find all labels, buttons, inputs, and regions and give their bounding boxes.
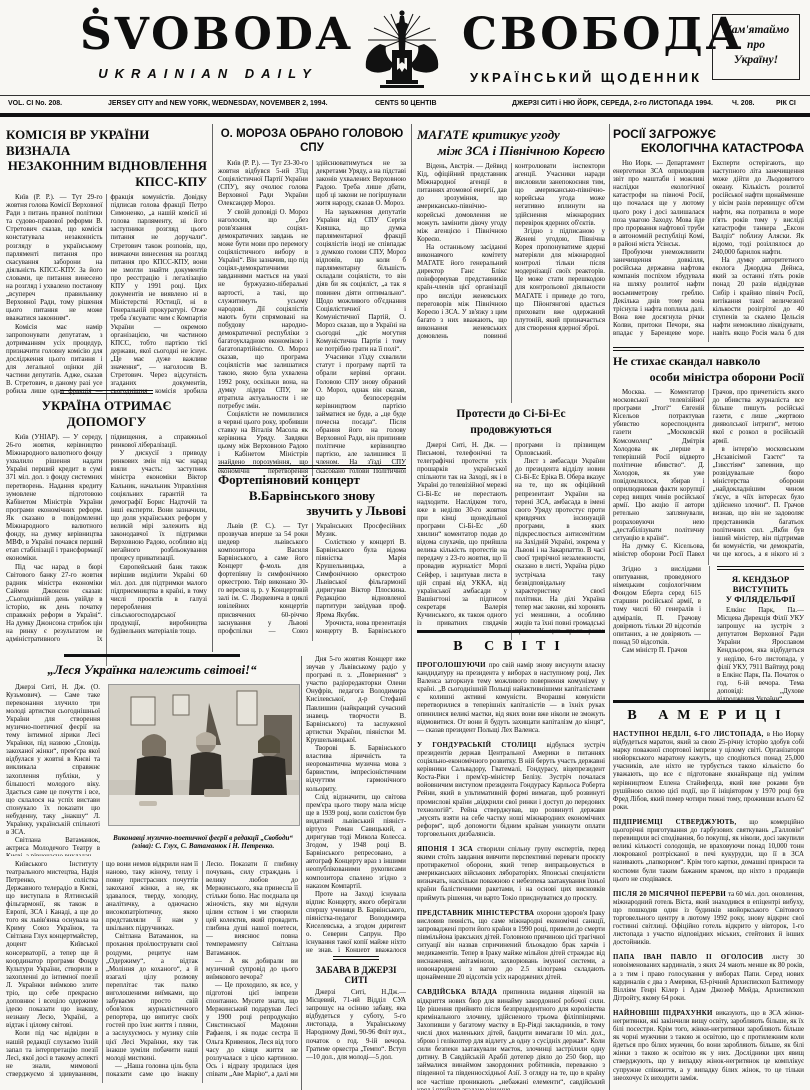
news-item-lead: ПІДПРИЄМЦІ СТВЕРДЖУЮТЬ, [613,819,749,826]
section-v-amerytsi: В АМЕРИЦІ НАСТУПНОЇ НЕДІЛІ, 6-ГО ЛИСТОПА… [613,700,804,1089]
masthead-emblem-liberty-icon [350,6,454,98]
dateline-rule-top [0,95,810,96]
section-title: В СВІТІ [417,639,605,655]
news-item: ПРЕДСТАВНИК МІНІСТЕРСТВА охорони здоров'… [417,910,605,983]
headline: звучить у Львові [218,503,406,519]
photo-caption: Виконавці музично-поетичної феєрії в ред… [108,834,298,851]
headline: Не стихає скандал навколо [613,354,804,370]
paragraph: Елкінс Парк, Па.— Місцева Дирекція Філії… [717,607,804,703]
news-item-lead: ПІСЛЯ 20 МІСЯЧНОЇ ПЕРЕРВИ [613,891,728,898]
article-barvinsky: Фортепіяновий концерт В.Барвінського зно… [218,465,406,641]
memo-line: Пам'ятаймо [713,23,799,38]
article-dopomoha: УКРАЇНА ОТРИМАЄ ДОПОМОГУ Київ (УНІАР). —… [6,390,207,666]
memo-line: Україну! [713,53,799,68]
section-v-sviti: В СВІТІ ПРОГОЛОШУЮЧИ про свій намір знов… [417,630,605,1090]
paragraph: Проте на Заході існувала відпис Концерту… [306,891,406,952]
paragraph: Ню Йорк. — Департамент енергетики ЗСА оп… [613,160,705,249]
masthead-subtitle-latin: UKRAINIAN DAILY [84,66,332,81]
section-rule [417,630,605,633]
news-item: ПАПА ІВАН ПАВЛО II ОГОЛОСИВ листу 30 нов… [613,954,804,1003]
article-divider [717,566,804,570]
masthead-subtitle-cyrillic: УКРАЇНСЬКИЙ ЩОДЕННИК [462,70,710,85]
paragraph: На зауваження депутатів України від СПУ … [316,209,406,355]
article-body: Львів (Р. С.). — Тут прозвучав вперше за… [218,523,406,641]
news-item-lead: ЯПОНІЯ І ЗСА [417,846,477,853]
section-rule [613,700,804,703]
article-barvinsky-continuation: Дня 5-го жовтня Концерт вже звучав у Льв… [306,656,406,952]
article-divider [60,390,152,394]
paragraph: Слід відзначити, що світова прем'єра цьо… [306,794,406,891]
headline: КПСС-КПУ [6,174,207,190]
paragraph: Європейський банк також вирішив виділити… [111,564,208,637]
paragraph: Світлана Ватаманюк, на прохання проілюст… [106,933,198,1063]
headline: ЕКОЛОГІЧНА КАТАСТРОФА [613,141,804,155]
news-item-lead: САВДІЙСЬКА ВЛАДА [417,989,503,996]
memo-box: Пам'ятаймо про Україну! [712,14,800,80]
headline: КОМІСІЯ ВР УКРАЇНИ ВИЗНАЛА [6,127,207,158]
dateline-price: CENTS 50 ЦЕНТІВ [375,100,437,107]
headline: О. МОРОЗА ОБРАНО ГОЛОВОЮ СПУ [218,127,406,155]
paragraph: Творові Б. Барвінського властива ліричні… [306,745,406,794]
paragraph: Джерзі Ситі, Н. Дж. (О. Кузьмович). — Са… [6,684,100,838]
newspaper-front-page: ṠVOBODA UKRAINIAN DAILY СВОБОДА УКРАЇНСЬ… [0,0,810,1090]
dateline-volume: VOL. CI No. 208. [8,100,62,107]
article-body: Елкінс Парк, Па.— Місцева Дирекція Філії… [717,607,804,703]
article-skandal: Не стихає скандал навколо особи міністра… [613,347,804,565]
news-item: У ГОНДУРАСЬКІЙ СТОЛИЦІ відбулася зустріч… [417,742,605,839]
news-item: ЯПОНІЯ І ЗСА створили спільну групу експ… [417,846,605,903]
skandal-kendzor-row: Згідно з вислідами опитування, проведено… [613,566,804,703]
column-rule [301,656,302,1090]
article-body: Київ (УНІАР). — У середу, 26-го жовтня, … [6,434,207,666]
photo-caption-line: Виконавці музично-поетичної феєрії в ред… [108,834,298,843]
article-lesya: „Леся Українка належить світові!“ Джерзі… [6,654,298,1083]
photo-column: Виконавці музично-поетичної феєрії в ред… [108,684,298,856]
paragraph: Солісткою у концерті В. Барвінського бул… [316,539,406,620]
news-item: ПІСЛЯ 20 МІСЯЧНОЇ ПЕРЕРВИ та 60 міл. дол… [613,891,804,948]
headline: Фортепіяновий концерт [218,472,406,488]
paragraph: Світлана Ватаманюк, актриса Молодечого Т… [6,837,100,855]
dateline-year: РІК CI [776,100,796,107]
news-item-lead: ПРЕДСТАВНИК МІНІСТЕРСТВА [417,910,537,917]
news-item: ПІДПРИЄМЦІ СТВЕРДЖУЮТЬ, що комерційно ць… [613,819,804,884]
headline: між ЗСА і Північною Кореєю [417,143,605,159]
headline: особи міністра оборони Росії [613,370,804,386]
paragraph: Москва. — Коментатор московської телевіз… [613,389,705,543]
paragraph: Джерзі Ситі, Н.Дж.— Місцевий, 71-ий Відд… [306,989,406,1062]
news-item-lead: ПРОГОЛОШУЮЧИ [417,662,489,669]
news-item-lead: ПАПА ІВАН ПАВЛО II ОГОЛОСИВ [613,954,772,961]
column-rule [212,124,213,652]
paragraph: Київ (Р. Р.). — Тут 23-30-го жовтня відб… [218,160,308,209]
headline: У ФІЛЯДЕЛЬФІЇ [717,594,804,604]
paragraph: Відень, Австрія. — Дейвид Кід, офіційний… [417,163,507,244]
news-item: ПРОГОЛОШУЮЧИ про свій намір знову висуну… [417,662,605,735]
headline: ЗАБАВА В ДЖЕРЗІ СИТІ [306,965,406,985]
column-rule [609,124,610,1090]
article-cbs: Протести до Сі-Бі-Ес продовжуються Джерз… [417,407,605,640]
article-skandal-continuation: Згідно з вислідами опитування, проведено… [613,566,701,696]
paragraph: Київ (УНІАР). — У середу, 26-го жовтня, … [6,434,103,564]
article-divider [613,347,804,351]
column-rule [411,124,412,1090]
headline: МАГАТЕ критикує угоду [417,127,605,143]
article-photo-three-performers [108,684,300,826]
news-item-lead: У ГОНДУРАСЬКІЙ СТОЛИЦІ [417,742,547,749]
news-item: НАЙНОВІШІ ПІДРАХУНКИ виказують, що в ЗСА… [613,1010,804,1083]
article-body: Ню Йорк. — Департамент енергетики ЗСА оп… [613,160,804,342]
article-moroz: О. МОРОЗА ОБРАНО ГОЛОВОЮ СПУ Київ (Р. Р.… [218,127,406,476]
paragraph: У дискусії з приводу ринкових змін під ч… [111,450,208,563]
headline: НЕЗАКОННИМ ВІДНОВЛЕННЯ [6,158,207,174]
lesya-photo-row: Джерзі Ситі, Н. Дж. (О. Кузьмович). — Са… [6,684,298,856]
article-body: Москва. — Коментатор московської телевіз… [613,389,804,565]
article-komisia: КОМІСІЯ ВР УКРАЇНИ ВИЗНАЛА НЕЗАКОННИМ ВІ… [6,127,207,400]
paragraph: Згідно з підписаною у Женеві угодою, Пів… [515,228,605,333]
article-body: Київ (Р. Р.). — Тут 23-30-го жовтня відб… [218,160,406,476]
article-kendzor: Я. КЕНДЗЬОР ВИСТУПИТЬ У ФІЛЯДЕЛЬФІЇ Елкі… [709,566,804,703]
paragraph: Сам міністр П. Грачов [613,647,701,655]
paragraph: Дня 5-го жовтня Концерт вже звучав у Льв… [306,656,406,745]
masthead-thick-rule [0,113,810,117]
paragraph: Київського Інституту театрального мистец… [6,861,98,1031]
section-items: НАСТУПНОЇ НЕДІЛІ, 6-ГО ЛИСТОПАДА, в Ню Й… [613,731,804,1089]
masthead-title-cyrillic: СВОБОДА [462,12,744,58]
article-divider [64,654,239,657]
article-divider [333,956,379,960]
news-item-lead: НАСТУПНОЇ НЕДІЛІ, 6-ГО ЛИСТОПАДА, [613,731,767,738]
headline: Протести до Сі-Бі-Ес продовжуються [417,407,605,438]
article-body: Джерзі Ситі, Н.Дж.— Місцевий, 71-ий Відд… [306,989,406,1090]
paragraph: — А як добирали ви музичний супровід до … [206,958,298,982]
dateline-issue: Ч. 208. [732,100,754,107]
news-item: НАСТУПНОЇ НЕДІЛІ, 6-ГО ЛИСТОПАДА, в Ню Й… [613,731,804,812]
article-body: Джерзі Ситі, Н. Дж. — Письмові, телефоні… [417,442,605,640]
paragraph: Лист з амбасади України до президента ві… [515,442,605,640]
article-rosii: РОСІЇ ЗАГРОЖУЄ ЕКОЛОГІЧНА КАТАСТРОФА Ню … [613,127,804,342]
headline: РОСІЇ ЗАГРОЖУЄ [613,127,804,141]
section-title: В АМЕРИЦІ [613,708,804,724]
headline: Я. КЕНДЗЬОР ВИСТУПИТЬ [717,574,804,594]
article-magate: МАГАТЕ критикує угоду між ЗСА і Північно… [417,127,605,403]
dateline-place-en: JERSEY CITY and NEW YORK, WEDNESDAY, NOV… [108,100,328,107]
paragraph: Згідно з вислідами опитування, проведено… [613,566,701,647]
section-items: ПРОГОЛОШУЮЧИ про свій намір знову висуну… [417,662,605,1090]
headline: В.Барвінського знову [218,488,406,504]
news-item-lead: НАЙНОВІШІ ПІДРАХУНКИ [613,1010,716,1017]
news-item: САВДІЙСЬКА ВЛАДА припинила видання ліцен… [417,989,605,1090]
article-divider [218,465,406,469]
dateline-place-uk: ДЖЕРЗІ СИТІ і НЮ ЙОРК, СЕРЕДА, 2-го ЛИСТ… [512,100,713,107]
photo-caption-line: (зліва): С. Глух, С. Ватаманюк і Н. Петр… [108,842,298,851]
masthead-title-latin: ṠVOBODA [80,12,353,58]
article-body: Відень, Австрія. — Дейвид Кід, офіційний… [417,163,605,403]
article-zabava: ЗАБАВА В ДЖЕРЗІ СИТІ Джерзі Ситі, Н.Дж.—… [306,956,406,1090]
paragraph: У своїй доповіді О. Мороз наголосив, що … [218,209,308,411]
headline: „Леся Українка належить світові!“ [6,662,298,678]
article-body: Київ (Р. Р.). — Тут 29-го жовтня голова … [6,194,207,400]
article-body: Київського Інституту театрального мистец… [6,861,298,1083]
headline: УКРАЇНА ОТРИМАЄ ДОПОМОГУ [6,398,207,429]
article-body: Джерзі Ситі, Н. Дж. (О. Кузьмович). — Са… [6,684,100,856]
memo-line: про [713,38,799,53]
paragraph: Київ (Р. Р.). — Тут 29-го жовтня голова … [6,194,103,324]
